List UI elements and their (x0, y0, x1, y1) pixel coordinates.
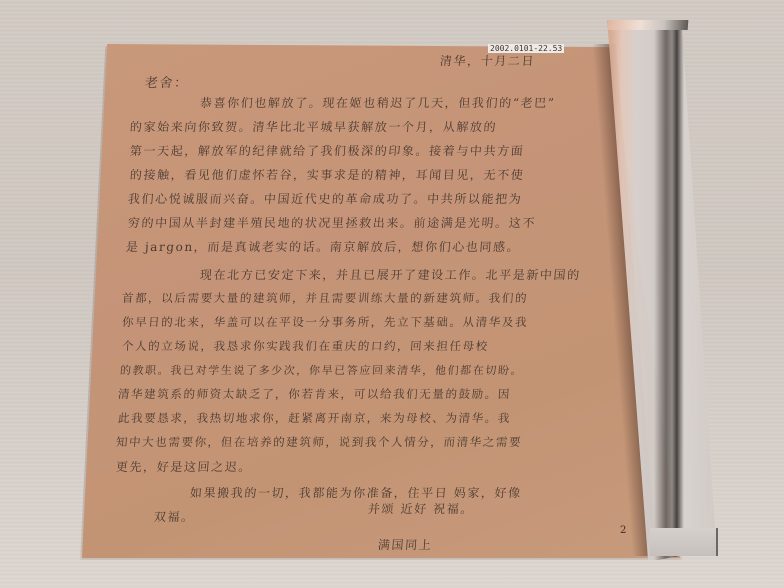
letter-line: 个人的立场说，我恳求你实践我们在重庆的口约，回来担任母校 (121, 338, 489, 354)
letter-line: 现在北方已安定下来，并且已展开了建设工作。北平是新中国的 (199, 266, 581, 283)
letter-line: 你早日的北来，华盖可以在平设一分事务所，先立下基础。从清华及我 (121, 314, 528, 330)
letter-line: 此我要恳求，我热切地求你，赶紧离开南京，来为母校、为清华。我 (117, 410, 511, 426)
acrylic-top-edge (608, 20, 689, 30)
letter-line: 是 jargon，而是真诚老实的话。南京解放后，想你们心也同感。 (125, 238, 520, 255)
letter-line: 的家始来向你致贺。清华比北平城早获解放一个月，从解放的 (129, 118, 497, 135)
letter-line: 首都，以后需要大量的建筑师，并且需要训练大量的新建筑师。我们的 (121, 290, 528, 306)
letter-line: 第一天起，解放军的纪律就给了我们极深的印象。接着与中共方面 (129, 142, 525, 159)
letter-line: 恭喜你们也解放了。现在姬也稍迟了几天，但我们的“老巴” (199, 94, 556, 111)
letter-line: 如果搬我的一切，我都能为你准备，住平日 妈家，好像 (189, 484, 522, 501)
letter-header-date: 清华，十月二日 (439, 52, 535, 69)
acrylic-bottom-end (650, 528, 718, 556)
letter-salutation: 老舍： (144, 72, 189, 91)
acrylic-block (600, 20, 720, 560)
acrylic-face (600, 20, 720, 560)
letter-line: 我们心悦诚服而兴奋。中国近代史的革命成功了。中共所以能把为 (127, 190, 523, 207)
letter-line: 的接触，看见他们虚怀若谷，实事求是的精神，耳闻目见，无不使 (129, 166, 525, 183)
letter-line: 知中大也需要你，但在培养的建筑师，说到我个人情分，而清华之需要 (115, 434, 522, 450)
letter-signature: 满国同上 (377, 536, 433, 553)
letter-line: 清华建筑系的师资太缺乏了，你若肯来，可以给我们无量的鼓励。因 (117, 386, 511, 402)
letter-line: 更先，好是这回之迟。 (115, 458, 252, 475)
letter-line: 的教职。我已对学生说了多少次，你早已答应回来清华，他们都在切盼。 (119, 362, 523, 378)
letter-line: 穷的中国从半封建半殖民地的状况里拯救出来。前途满是光明。这不 (127, 214, 536, 231)
letter-line: 双福。 (153, 508, 195, 525)
letter-closing: 并颂 近好 祝福。 (367, 500, 474, 517)
